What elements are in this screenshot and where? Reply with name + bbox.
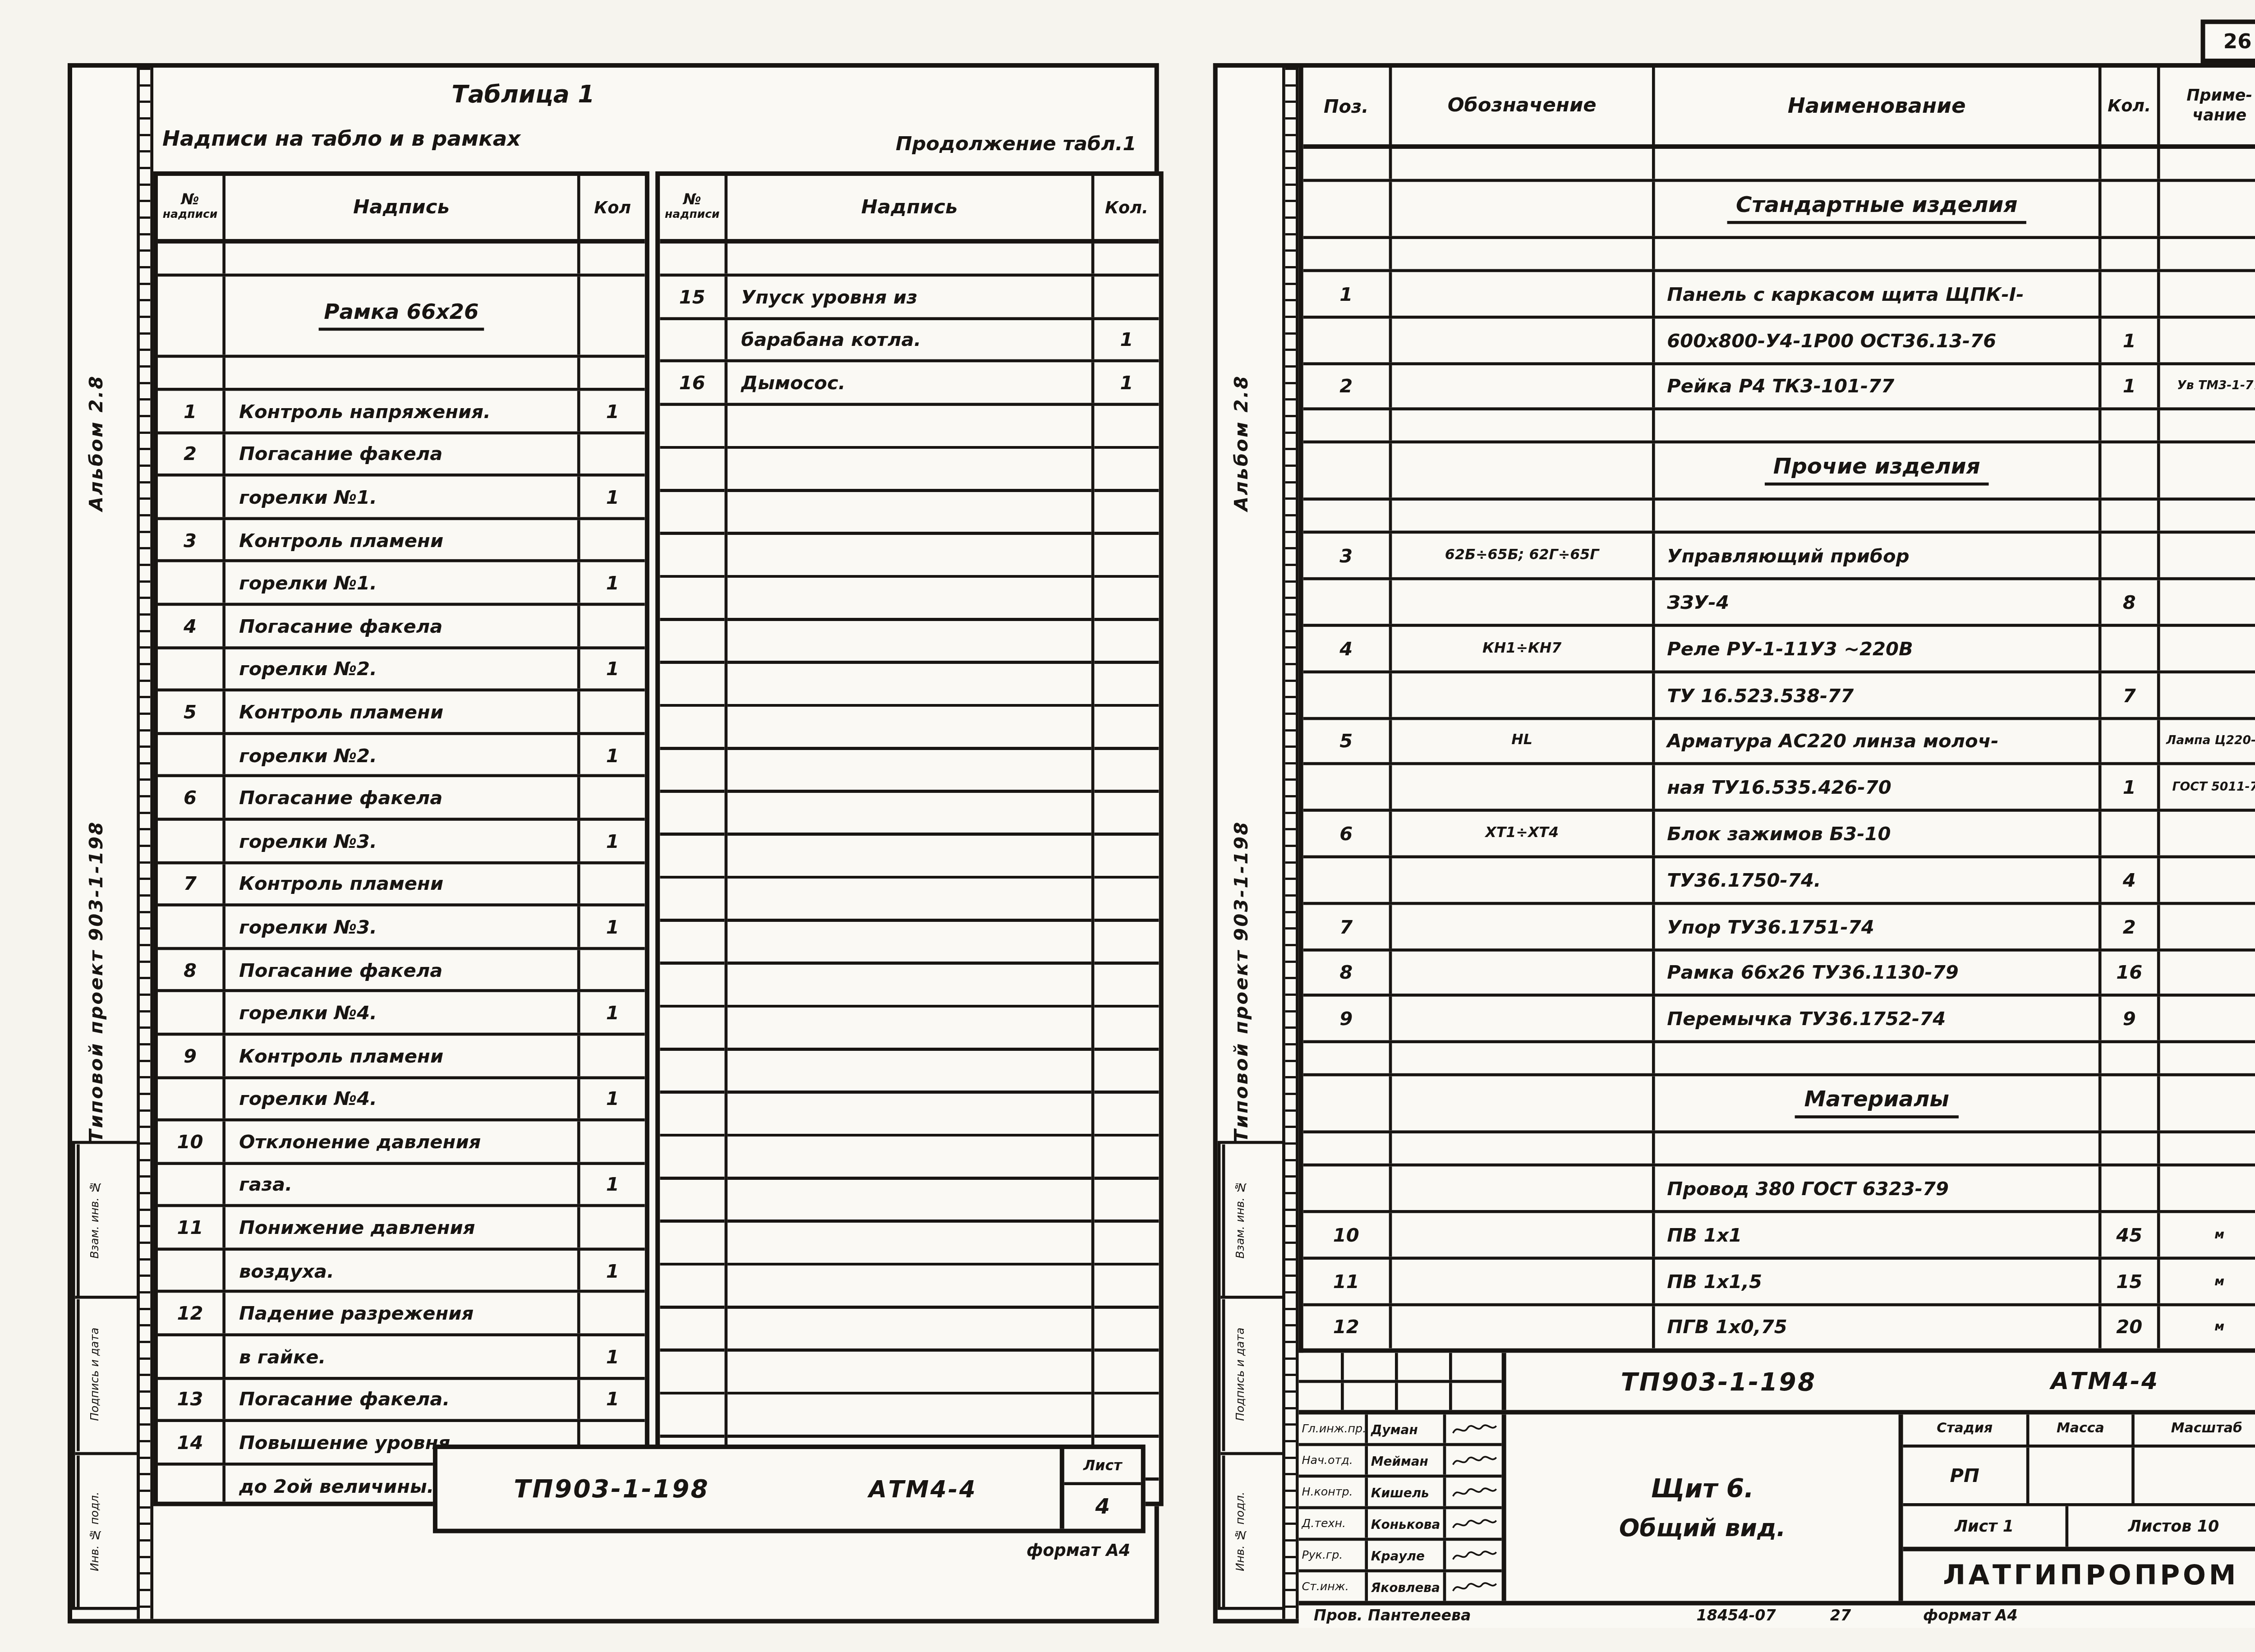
row-designation bbox=[1392, 182, 1655, 236]
row-text bbox=[727, 244, 1091, 274]
row-pos bbox=[1303, 318, 1392, 362]
row-designation bbox=[1392, 1306, 1655, 1348]
row-pos: 10 bbox=[1303, 1213, 1392, 1256]
row-qty: 15 bbox=[2099, 1259, 2157, 1302]
signature-role: Нач.отд. bbox=[1299, 1446, 1368, 1474]
inscriptions-table-left: № надписи Надпись Кол Рамка 66х26 bbox=[153, 171, 649, 1506]
row-qty bbox=[577, 1293, 645, 1334]
row-text bbox=[225, 358, 577, 388]
table-row: 12 Падение разрежения bbox=[158, 1293, 645, 1336]
spec-row: ная ТУ16.535.426-70 1 ГОСТ 5011-77 bbox=[1303, 766, 2255, 812]
page-number: 26 bbox=[2223, 29, 2252, 53]
row-text: воздуха. bbox=[225, 1251, 577, 1291]
table-row: барабана котла. 1 bbox=[660, 320, 1159, 363]
row-note bbox=[2157, 580, 2255, 624]
row-number bbox=[158, 358, 225, 388]
format-label: формат А4 bbox=[1923, 1608, 2018, 1625]
mass-value bbox=[2029, 1448, 2135, 1503]
inscriptions-table-right: № надписи Надпись Кол. 15 Упуск уров bbox=[655, 171, 1164, 1506]
row-name: Реле РУ-1-11У3 ~220В bbox=[1655, 627, 2099, 670]
row-number: 13 bbox=[158, 1380, 225, 1420]
signature-row: Ст.инж. Яковлева bbox=[1299, 1572, 1502, 1601]
row-name: Блок зажимов Б3-10 bbox=[1655, 812, 2099, 855]
row-note bbox=[2157, 951, 2255, 994]
album-label: Альбом 2.8 bbox=[84, 188, 107, 511]
row-note: м bbox=[2157, 1213, 2255, 1256]
row-pos bbox=[1303, 149, 1392, 179]
signature-scribble bbox=[1446, 1541, 1501, 1569]
row-pos bbox=[1303, 858, 1392, 902]
row-note bbox=[2157, 444, 2255, 498]
stamp-label: Взам. инв. № bbox=[77, 1144, 110, 1296]
row-note bbox=[2157, 149, 2255, 179]
row-number: 14 bbox=[158, 1422, 225, 1463]
row-text: Погасание факела bbox=[225, 778, 577, 818]
col-pos-header: Поз. bbox=[1303, 68, 1392, 144]
row-text: Рамка 66х26 bbox=[225, 276, 577, 354]
row-number bbox=[158, 1251, 225, 1291]
row-name: Стандартные изделия bbox=[1655, 182, 2099, 236]
spec-row: Материалы bbox=[1303, 1077, 2255, 1134]
signature-scribble bbox=[1446, 1414, 1501, 1443]
row-text: горелки №1. bbox=[225, 563, 577, 603]
row-qty: 1 bbox=[1091, 363, 1159, 403]
row-pos: 4 bbox=[1303, 627, 1392, 670]
row-note bbox=[2157, 1134, 2255, 1164]
row-qty bbox=[2099, 501, 2157, 531]
row-designation bbox=[1392, 444, 1655, 498]
row-designation bbox=[1392, 858, 1655, 902]
row-text: Погасание факела bbox=[225, 606, 577, 646]
row-number: 4 bbox=[158, 606, 225, 646]
table-row: горелки №4. 1 bbox=[158, 993, 645, 1035]
row-number bbox=[158, 1078, 225, 1118]
row-name: Рейка Р4 ТК3-101-77 bbox=[1655, 365, 2099, 408]
col-number-header: № надписи bbox=[158, 176, 225, 239]
revision-grid bbox=[1299, 1353, 1506, 1410]
row-designation bbox=[1392, 365, 1655, 408]
table-header: № надписи Надпись Кол. bbox=[660, 176, 1159, 244]
row-qty: 1 bbox=[1091, 320, 1159, 360]
row-qty: 1 bbox=[577, 1336, 645, 1376]
row-designation bbox=[1392, 580, 1655, 624]
scale-value bbox=[2135, 1448, 2255, 1503]
signature-name: Кишель bbox=[1368, 1477, 1446, 1506]
row-note bbox=[2157, 272, 2255, 315]
spec-row: Прочие изделия bbox=[1303, 444, 2255, 502]
row-text: Отклонение давления bbox=[225, 1122, 577, 1162]
row-number: 16 bbox=[660, 363, 727, 403]
row-name: Рамка 66х26 ТУ36.1130-79 bbox=[1655, 951, 2099, 994]
table-rows: 15 Упуск уровня из барабана котла. 1 16 … bbox=[660, 244, 1159, 405]
row-qty: 1 bbox=[577, 1164, 645, 1205]
row-name: ПВ 1х1 bbox=[1655, 1213, 2099, 1256]
sheet-label: Лист bbox=[1064, 1449, 1141, 1485]
document-number: 18454-07 bbox=[1697, 1608, 1776, 1625]
stage-label: Стадия bbox=[1903, 1414, 2029, 1445]
row-number bbox=[158, 907, 225, 947]
row-qty bbox=[577, 864, 645, 904]
row-number bbox=[158, 477, 225, 517]
row-designation bbox=[1392, 239, 1655, 269]
row-name: Провод 380 ГОСТ 6323-79 bbox=[1655, 1167, 2099, 1210]
drawing-title-box: Щит 6. Общий вид. bbox=[1506, 1414, 1903, 1601]
page-number-box: 26 bbox=[2201, 19, 2255, 63]
row-note: м bbox=[2157, 1306, 2255, 1348]
row-pos: 7 bbox=[1303, 905, 1392, 948]
row-note bbox=[2157, 318, 2255, 362]
row-name: Материалы bbox=[1655, 1077, 2099, 1131]
row-qty bbox=[2099, 719, 2157, 763]
row-number: 11 bbox=[158, 1207, 225, 1247]
row-text: Погасание факела bbox=[225, 950, 577, 990]
row-qty: 2 bbox=[2099, 905, 2157, 948]
row-note bbox=[2157, 812, 2255, 855]
row-pos: 12 bbox=[1303, 1306, 1392, 1348]
spec-row bbox=[1303, 149, 2255, 182]
row-text: горелки №2. bbox=[225, 735, 577, 775]
row-number bbox=[158, 563, 225, 603]
row-qty bbox=[577, 778, 645, 818]
doc-strip: ТП903-1-198 АТМ4-4 bbox=[1299, 1353, 2255, 1415]
row-designation bbox=[1392, 272, 1655, 315]
row-pos bbox=[1303, 1044, 1392, 1074]
row-designation bbox=[1392, 1077, 1655, 1131]
row-note: м bbox=[2157, 1259, 2255, 1302]
row-pos bbox=[1303, 580, 1392, 624]
table-row: воздуха. 1 bbox=[158, 1251, 645, 1293]
right-margin-strip: Альбом 2.8 Типовой проект 903-1-198 Взам… bbox=[1218, 68, 1299, 1619]
row-pos: 6 bbox=[1303, 812, 1392, 855]
row-qty bbox=[2099, 534, 2157, 578]
row-pos bbox=[1303, 411, 1392, 441]
signature-scribble bbox=[1446, 1572, 1501, 1601]
row-text: горелки №4. bbox=[225, 993, 577, 1033]
signature-name: Яковлева bbox=[1368, 1572, 1446, 1601]
doc-cell: ТП903-1-198 АТМ4-4 bbox=[1506, 1353, 2255, 1410]
table-row: горелки №1. 1 bbox=[158, 563, 645, 606]
signature-row: Д.техн. Конькова bbox=[1299, 1509, 1502, 1541]
doc-number: ТП903-1-198 bbox=[1506, 1367, 1931, 1395]
row-qty bbox=[577, 1207, 645, 1247]
row-qty: 1 bbox=[2099, 365, 2157, 408]
spec-row: 4 КН1÷КН7 Реле РУ-1-11У3 ~220В bbox=[1303, 627, 2255, 673]
row-number: 3 bbox=[158, 520, 225, 560]
signature-scribble bbox=[1446, 1477, 1501, 1506]
table-row: 7 Контроль пламени bbox=[158, 864, 645, 907]
row-pos: 11 bbox=[1303, 1259, 1392, 1302]
signature-row: Н.контр. Кишель bbox=[1299, 1477, 1502, 1509]
row-number: 15 bbox=[660, 276, 727, 317]
table-row: 5 Контроль пламени bbox=[158, 692, 645, 735]
spec-row: ТУ36.1750-74. 4 bbox=[1303, 858, 2255, 905]
stamp-cell: Взам. инв. № bbox=[75, 1144, 137, 1299]
row-designation bbox=[1392, 1213, 1655, 1256]
row-designation: 62Б÷65Б; 62Г÷65Г bbox=[1392, 534, 1655, 578]
row-qty bbox=[2099, 149, 2157, 179]
row-note bbox=[2157, 411, 2255, 441]
table-row: 3 Контроль пламени bbox=[158, 520, 645, 562]
row-pos: 2 bbox=[1303, 365, 1392, 408]
table-row: горелки №3. 1 bbox=[158, 907, 645, 949]
row-pos bbox=[1303, 444, 1392, 498]
row-number bbox=[158, 821, 225, 861]
row-pos: 8 bbox=[1303, 951, 1392, 994]
signature-role: Ст.инж. bbox=[1299, 1572, 1368, 1601]
sheet-total: Листов 10 bbox=[2068, 1506, 2255, 1547]
empty-ruled-rows bbox=[660, 405, 1159, 1501]
row-text: в гайке. bbox=[225, 1336, 577, 1376]
spec-row: 11 ПВ 1х1,5 15 м bbox=[1303, 1259, 2255, 1306]
table-row: 15 Упуск уровня из bbox=[660, 276, 1159, 319]
row-name: Арматура АС220 линза молоч- bbox=[1655, 719, 2099, 763]
row-qty bbox=[577, 950, 645, 990]
row-text: горелки №1. bbox=[225, 477, 577, 517]
row-qty: 1 bbox=[577, 993, 645, 1033]
stamp-cell: Подпись и дата bbox=[1220, 1299, 1282, 1454]
row-qty: 8 bbox=[2099, 580, 2157, 624]
table-row: горелки №1. 1 bbox=[158, 477, 645, 520]
row-text: горелки №4. bbox=[225, 1078, 577, 1118]
table1-continuation: Продолжение табл.1 bbox=[896, 134, 1137, 156]
signature-role: Н.контр. bbox=[1299, 1477, 1368, 1506]
row-name bbox=[1655, 1044, 2099, 1074]
row-designation bbox=[1392, 905, 1655, 948]
row-pos bbox=[1303, 501, 1392, 531]
row-text: барабана котла. bbox=[727, 320, 1091, 360]
row-number bbox=[158, 276, 225, 354]
doc-number: ТП903-1-198 bbox=[437, 1475, 786, 1503]
row-qty bbox=[2099, 1167, 2157, 1210]
col-number-header: № надписи bbox=[660, 176, 727, 239]
row-number: 2 bbox=[158, 434, 225, 474]
col-designation-header: Обозначение bbox=[1392, 68, 1655, 144]
row-qty bbox=[577, 692, 645, 732]
spec-row: ЗЗУ-4 8 bbox=[1303, 580, 2255, 627]
row-pos: 5 bbox=[1303, 719, 1392, 763]
row-name: ная ТУ16.535.426-70 bbox=[1655, 766, 2099, 809]
row-text: Дымосос. bbox=[727, 363, 1091, 403]
signature-role: Д.техн. bbox=[1299, 1509, 1368, 1537]
spec-row: Провод 380 ГОСТ 6323-79 bbox=[1303, 1167, 2255, 1213]
row-name: 600х800-У4-1Р00 ОСТ36.13-76 bbox=[1655, 318, 2099, 362]
signature-row: Гл.инж.пр. Думан bbox=[1299, 1414, 1502, 1446]
mass-label: Масса bbox=[2029, 1414, 2135, 1445]
row-text: Погасание факела bbox=[225, 434, 577, 474]
row-text: горелки №2. bbox=[225, 649, 577, 689]
col-qty-header: Кол bbox=[577, 176, 645, 239]
row-number bbox=[158, 993, 225, 1033]
row-note bbox=[2157, 997, 2255, 1040]
sheet-counts: Лист 1 Листов 10 bbox=[1903, 1506, 2255, 1547]
row-qty: 1 bbox=[577, 1078, 645, 1118]
spec-row: 600х800-У4-1Р00 ОСТ36.13-76 1 bbox=[1303, 318, 2255, 365]
row-pos: 9 bbox=[1303, 997, 1392, 1040]
spec-header: Поз. Обозначение Наименование Кол. Приме… bbox=[1303, 68, 2255, 149]
row-number bbox=[158, 735, 225, 775]
table-row bbox=[158, 244, 645, 276]
row-pos bbox=[1303, 1167, 1392, 1210]
row-note bbox=[2157, 501, 2255, 531]
row-name: ПГВ 1х0,75 bbox=[1655, 1306, 2099, 1348]
spec-row bbox=[1303, 239, 2255, 272]
row-number: 1 bbox=[158, 391, 225, 431]
row-qty: 1 bbox=[577, 649, 645, 689]
row-qty: 1 bbox=[2099, 318, 2157, 362]
row-text: Погасание факела. bbox=[225, 1380, 577, 1420]
row-text: Контроль пламени bbox=[225, 692, 577, 732]
spec-row bbox=[1303, 411, 2255, 444]
table-row: 16 Дымосос. 1 bbox=[660, 363, 1159, 405]
row-name: Панель с каркасом щита ЩПК-I- bbox=[1655, 272, 2099, 315]
table-body: 15 Упуск уровня из барабана котла. 1 16 … bbox=[660, 244, 1159, 1502]
row-number: 12 bbox=[158, 1293, 225, 1334]
row-qty bbox=[2099, 444, 2157, 498]
table-row: 11 Понижение давления bbox=[158, 1207, 645, 1250]
row-qty bbox=[1091, 244, 1159, 274]
spec-row: 2 Рейка Р4 ТК3-101-77 1 Ув ТМ3-1-77 bbox=[1303, 365, 2255, 411]
stamp-label: Инв. № подл. bbox=[1222, 1454, 1255, 1607]
table-row: горелки №3. 1 bbox=[158, 821, 645, 864]
project-label: Типовой проект 903-1-198 bbox=[1229, 571, 1252, 1143]
stamp-cell: Инв. № подл. bbox=[1220, 1454, 1282, 1607]
row-name bbox=[1655, 149, 2099, 179]
row-qty: 4 bbox=[2099, 858, 2157, 902]
signature-name: Думан bbox=[1368, 1414, 1446, 1443]
signature-scribble bbox=[1446, 1509, 1501, 1537]
row-qty bbox=[577, 276, 645, 354]
row-designation bbox=[1392, 951, 1655, 994]
table-row: 10 Отклонение давления bbox=[158, 1122, 645, 1164]
table-row: 1 Контроль напряжения. 1 bbox=[158, 391, 645, 434]
signature-role: Гл.инж.пр. bbox=[1299, 1414, 1368, 1443]
col-note-header: Приме- чание bbox=[2157, 68, 2255, 144]
row-pos: 1 bbox=[1303, 272, 1392, 315]
row-text: Контроль пламени bbox=[225, 1035, 577, 1076]
row-qty: 7 bbox=[2099, 673, 2157, 716]
doc-code: АТМ4-4 bbox=[786, 1475, 1060, 1502]
row-number bbox=[158, 649, 225, 689]
row-number: 10 bbox=[158, 1122, 225, 1162]
row-name bbox=[1655, 1134, 2099, 1164]
row-number: 7 bbox=[158, 864, 225, 904]
row-designation: КН1÷КН7 bbox=[1392, 627, 1655, 670]
row-note bbox=[2157, 1077, 2255, 1131]
row-qty bbox=[1091, 276, 1159, 317]
table-row: в гайке. 1 bbox=[158, 1336, 645, 1379]
row-qty bbox=[2099, 1134, 2157, 1164]
row-name: ЗЗУ-4 bbox=[1655, 580, 2099, 624]
row-qty bbox=[2099, 239, 2157, 269]
table-row: горелки №4. 1 bbox=[158, 1078, 645, 1121]
row-pos bbox=[1303, 673, 1392, 716]
col-text-header: Надпись bbox=[225, 176, 577, 239]
stamp-column: Взам. инв. № Подпись и дата Инв. № подл. bbox=[72, 1141, 140, 1610]
row-number bbox=[158, 1465, 225, 1502]
row-name bbox=[1655, 411, 2099, 441]
row-name: Управляющий прибор bbox=[1655, 534, 2099, 578]
row-note bbox=[2157, 858, 2255, 902]
stage-value: РП bbox=[1903, 1448, 2029, 1503]
row-text: газа. bbox=[225, 1164, 577, 1205]
row-designation bbox=[1392, 1044, 1655, 1074]
row-qty bbox=[577, 606, 645, 646]
row-qty bbox=[2099, 812, 2157, 855]
signature-name: Конькова bbox=[1368, 1509, 1446, 1537]
table-row: 8 Погасание факела bbox=[158, 950, 645, 993]
row-text: Упуск уровня из bbox=[727, 276, 1091, 317]
smm-values: РП bbox=[1903, 1448, 2255, 1506]
row-qty bbox=[2099, 1077, 2157, 1131]
table-row: 13 Погасание факела. 1 bbox=[158, 1380, 645, 1422]
specification-table: Поз. Обозначение Наименование Кол. Приме… bbox=[1299, 68, 2255, 1353]
row-number bbox=[158, 1336, 225, 1376]
table-row: Рамка 66х26 bbox=[158, 276, 645, 358]
spec-row: 12 ПГВ 1х0,75 20 м bbox=[1303, 1306, 2255, 1348]
stamp-cell: Подпись и дата bbox=[75, 1299, 137, 1454]
row-designation bbox=[1392, 673, 1655, 716]
row-qty bbox=[2099, 182, 2157, 236]
signatures-area: Гл.инж.пр. Думан Нач.отд. Мейман Н.контр… bbox=[1299, 1414, 1506, 1601]
binding-ladder bbox=[1282, 68, 1296, 1619]
row-note bbox=[2157, 905, 2255, 948]
bottom-strip: Пров. Пантелеева 18454-07 27 формат А4 bbox=[1299, 1601, 2255, 1628]
spec-row: Стандартные изделия bbox=[1303, 182, 2255, 239]
col-name-header: Наименование bbox=[1655, 68, 2099, 144]
row-designation bbox=[1392, 1167, 1655, 1210]
row-designation: ХТ1÷ХТ4 bbox=[1392, 812, 1655, 855]
title-block-right: ТП903-1-198 АТМ4-4 Гл.инж.пр. Думан Нач.… bbox=[1299, 1353, 2255, 1628]
table-row: горелки №2. 1 bbox=[158, 735, 645, 778]
row-qty bbox=[577, 434, 645, 474]
row-designation bbox=[1392, 318, 1655, 362]
row-number: 6 bbox=[158, 778, 225, 818]
table-row: 6 Погасание факела bbox=[158, 778, 645, 820]
stamp-label: Подпись и дата bbox=[77, 1299, 110, 1452]
signature-scribble bbox=[1446, 1446, 1501, 1474]
row-text: горелки №3. bbox=[225, 821, 577, 861]
signature-name: Мейман bbox=[1368, 1446, 1446, 1474]
drawing-title-line1: Щит 6. bbox=[1651, 1474, 1753, 1504]
row-note: Ув ТМ3-1-77 bbox=[2157, 365, 2255, 408]
row-pos bbox=[1303, 182, 1392, 236]
table-row bbox=[660, 244, 1159, 276]
spec-row: 3 62Б÷65Б; 62Г÷65Г Управляющий прибор bbox=[1303, 534, 2255, 581]
spec-row: 10 ПВ 1х1 45 м bbox=[1303, 1213, 2255, 1260]
spec-row bbox=[1303, 1134, 2255, 1167]
table-row: горелки №2. 1 bbox=[158, 649, 645, 691]
col-qty-header: Кол. bbox=[1091, 176, 1159, 239]
row-qty bbox=[577, 358, 645, 388]
smm-header: Стадия Масса Масштаб bbox=[1903, 1414, 2255, 1447]
row-text: Контроль пламени bbox=[225, 864, 577, 904]
row-qty: 45 bbox=[2099, 1213, 2157, 1256]
stamp-label: Подпись и дата bbox=[1222, 1299, 1255, 1452]
row-number: 5 bbox=[158, 692, 225, 732]
scale-label: Масштаб bbox=[2135, 1414, 2255, 1445]
table-row: газа. 1 bbox=[158, 1164, 645, 1207]
row-note: Лампа Ц220-10 bbox=[2157, 719, 2255, 763]
album-label: Альбом 2.8 bbox=[1229, 188, 1252, 511]
row-number bbox=[660, 244, 727, 274]
stamp-cell: Инв. № подл. bbox=[75, 1454, 137, 1607]
sheet-left: Альбом 2.8 Типовой проект 903-1-198 Взам… bbox=[68, 63, 1159, 1624]
sheet-number: 4 bbox=[1064, 1485, 1141, 1529]
spec-row: 5 HL Арматура АС220 линза молоч- Лампа Ц… bbox=[1303, 719, 2255, 766]
row-name: ТУ36.1750-74. bbox=[1655, 858, 2099, 902]
left-margin-strip: Альбом 2.8 Типовой проект 903-1-198 Взам… bbox=[72, 68, 153, 1619]
row-qty: 1 bbox=[577, 1251, 645, 1291]
